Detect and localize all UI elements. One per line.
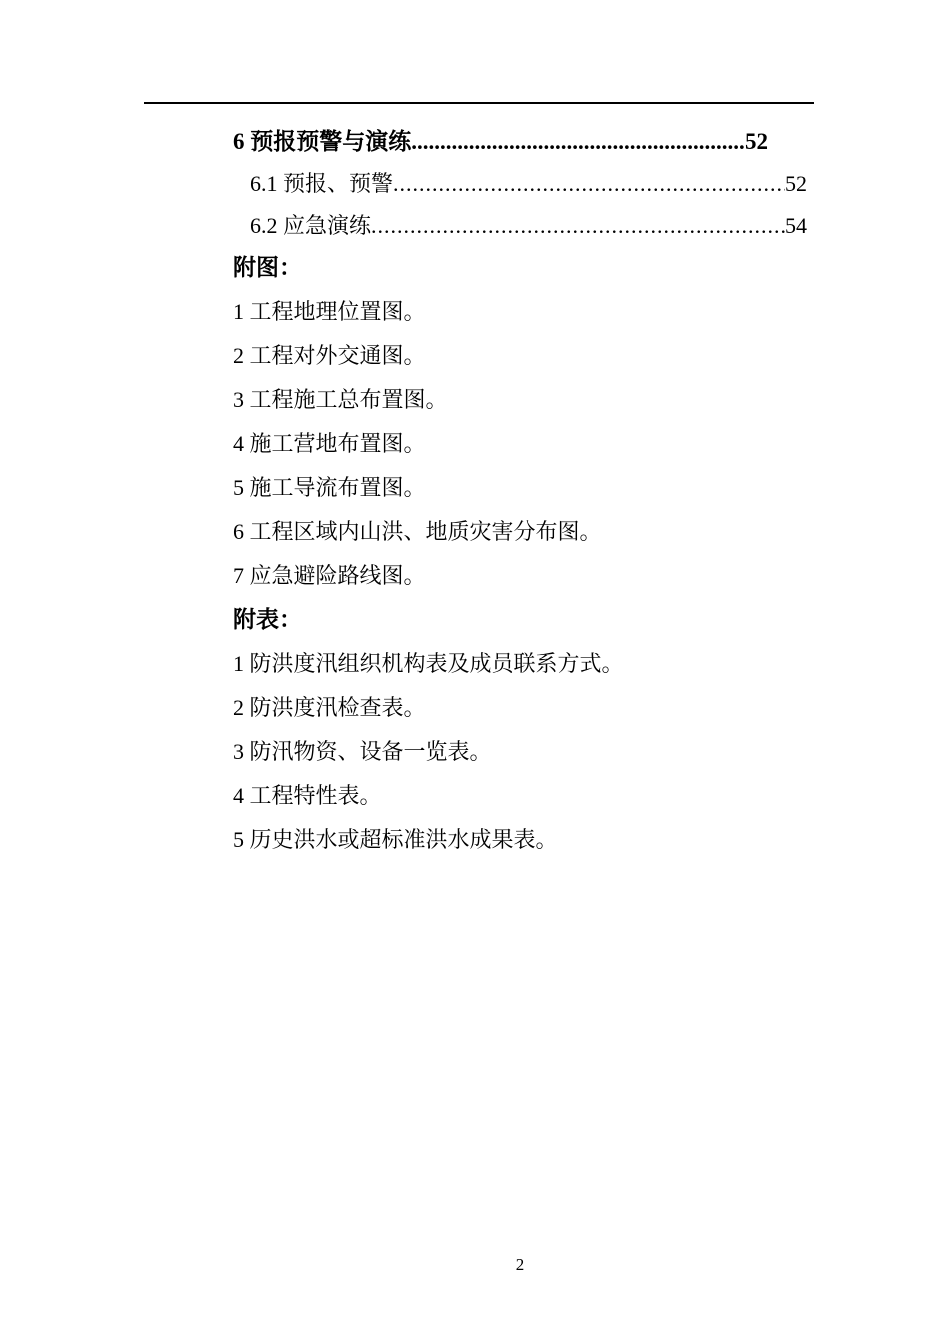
toc-entry-chapter-6[interactable]: 6 预报预警与演练 52 [233,121,768,163]
figure-item: 6 工程区域内山洪、地质灾害分布图。 [233,510,870,554]
table-item: 5 历史洪水或超标准洪水成果表。 [233,818,870,862]
page-number: 2 [460,1253,580,1277]
toc-entry-page: 54 [785,205,807,247]
toc-entry-page: 52 [785,163,807,205]
tables-heading: 附表： [233,598,870,642]
toc-entry-label: 6.2 应急演练 [250,205,371,247]
table-of-contents: 6 预报预警与演练 52 6.1 预报、预警 52 6.2 应急演练 54 [0,121,950,247]
header-rule [144,102,814,104]
table-item: 4 工程特性表。 [233,774,870,818]
table-item: 1 防洪度汛组织机构表及成员联系方式。 [233,642,870,686]
toc-entry-page: 52 [745,121,768,163]
figure-item: 3 工程施工总布置图。 [233,378,870,422]
figure-item: 1 工程地理位置图。 [233,290,870,334]
figure-item: 7 应急避险路线图。 [233,554,870,598]
toc-dots-leader [411,121,745,163]
toc-entry-6-1[interactable]: 6.1 预报、预警 52 [250,163,807,205]
figure-item: 4 施工营地布置图。 [233,422,870,466]
document-page: 6 预报预警与演练 52 6.1 预报、预警 52 6.2 应急演练 54 附图… [0,0,950,1344]
toc-entry-label: 6.1 预报、预警 [250,163,393,205]
appendix-lists: 附图： 1 工程地理位置图。 2 工程对外交通图。 3 工程施工总布置图。 4 … [233,246,870,862]
table-item: 3 防汛物资、设备一览表。 [233,730,870,774]
toc-entry-6-2[interactable]: 6.2 应急演练 54 [250,205,807,247]
figures-heading: 附图： [233,246,870,290]
toc-entry-label: 6 预报预警与演练 [233,121,411,163]
figure-item: 5 施工导流布置图。 [233,466,870,510]
toc-dots-leader [371,205,785,247]
toc-dots-leader [393,163,785,205]
table-item: 2 防洪度汛检查表。 [233,686,870,730]
figure-item: 2 工程对外交通图。 [233,334,870,378]
